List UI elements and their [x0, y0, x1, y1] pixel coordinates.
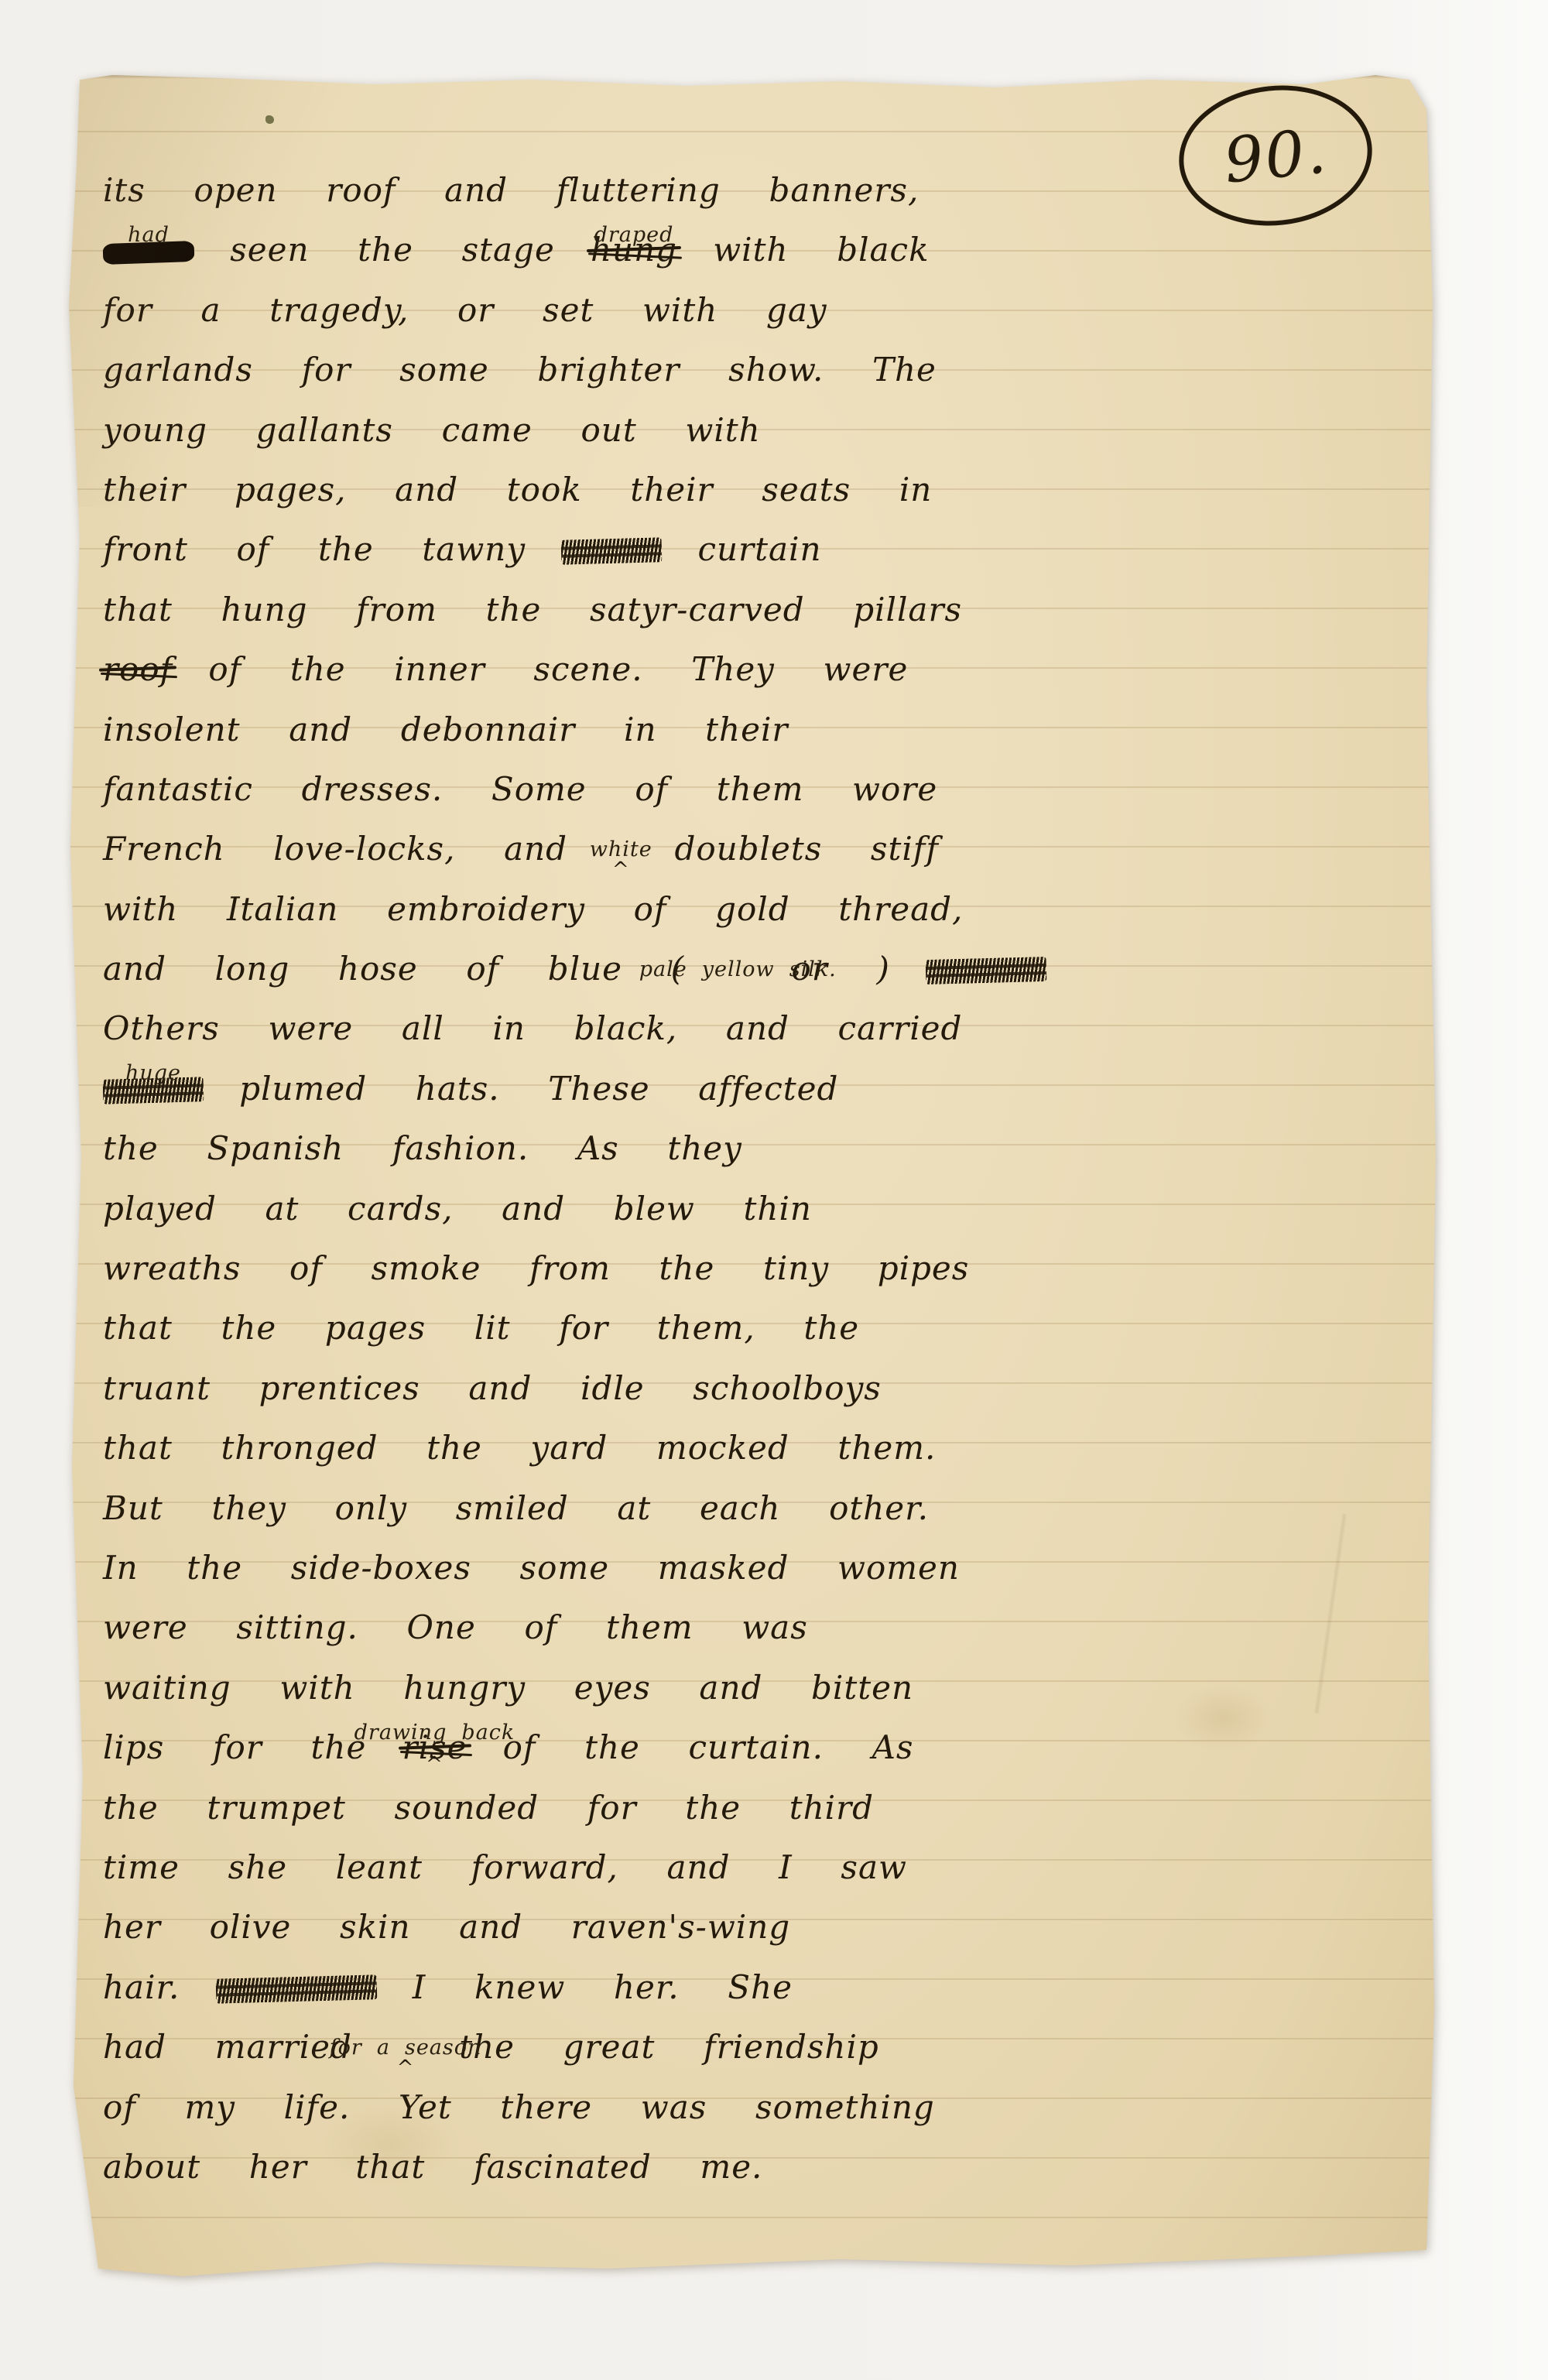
scribble-mark	[561, 538, 663, 565]
manuscript-line: played at cards, and blew thin	[103, 1179, 1420, 1238]
inserted-word: had	[128, 224, 170, 245]
text-segment: played at cards, and blew thin	[103, 1190, 812, 1228]
text-segment: wreaths of smoke from the tiny pipes	[103, 1249, 969, 1287]
text-segment: front of the tawny	[103, 530, 526, 568]
manuscript-paper: 90. its open roof and fluttering banners…	[66, 74, 1438, 2281]
struck-word-text: roof	[103, 639, 173, 699]
inserted-word: pale yellow silk.	[639, 959, 837, 980]
caret-mark: ^	[397, 2058, 415, 2078]
text-segment: plumed hats. These affected	[239, 1070, 838, 1108]
text-segment: waiting with hungry eyes and bitten	[103, 1669, 913, 1707]
text-segment: But they only smiled at each other.	[103, 1489, 929, 1527]
manuscript-line: young gallants came out with	[103, 400, 1420, 460]
text-segment: about her that fascinated me.	[103, 2148, 762, 2186]
text-segment: with Italian embroidery of gold thread,	[103, 890, 963, 928]
inserted-word: drawing back	[354, 1722, 515, 1743]
text-segment: that thronged the yard mocked them.	[103, 1429, 936, 1467]
manuscript-line: hair.I knew her. She	[103, 1957, 1420, 2017]
manuscript-line: waiting with hungry eyes and bitten	[103, 1658, 1420, 1717]
text-segment: curtain	[697, 530, 821, 568]
ink-blot	[103, 241, 195, 265]
inserted-word: draped	[594, 224, 674, 245]
text-segment: truant prentices and idle schoolboys	[103, 1369, 882, 1407]
struck-word: risedrawing back^	[402, 1717, 467, 1777]
manuscript-line: French love-locks, andwhite^doublets sti…	[103, 819, 1420, 878]
manuscript-line: time she leant forward, and I saw	[103, 1837, 1420, 1897]
manuscript-line: that thronged the yard mocked them.	[103, 1418, 1420, 1478]
text-segment: were sitting. One of them was	[103, 1608, 808, 1646]
manuscript-line: the Spanish fashion. As they	[103, 1118, 1420, 1178]
manuscript-line: truant prentices and idle schoolboys	[103, 1358, 1420, 1418]
text-segment: garlands for some brighter show. The	[103, 351, 937, 389]
text-segment: the trumpet sounded for the third	[103, 1789, 874, 1827]
manuscript-line: of my life. Yet there was something	[103, 2077, 1420, 2137]
manuscript-line: the trumpet sounded for the third	[103, 1778, 1420, 1837]
struck-word: hungdraped	[591, 220, 677, 279]
scribbled-out-word: huge	[103, 1059, 204, 1118]
manuscript-line: wreaths of smoke from the tiny pipes	[103, 1238, 1420, 1298]
text-segment: doublets stiff	[674, 830, 938, 868]
text-segment: insolent and debonnair in their	[103, 711, 788, 748]
scan-background: 90. its open roof and fluttering banners…	[0, 0, 1548, 2380]
text-segment: of the curtain. As	[503, 1728, 914, 1766]
inked-out-word: had	[103, 220, 194, 279]
text-segment: her olive skin and raven's-wing	[103, 1908, 790, 1946]
paper-sheet-wrapper: 90. its open roof and fluttering banners…	[66, 74, 1438, 2281]
manuscript-line: insolent and debonnair in their	[103, 700, 1420, 759]
text-segment: its open roof and fluttering banners,	[103, 171, 919, 209]
manuscript-line: roofof the inner scene. They were	[103, 639, 1420, 699]
scribble-mark	[926, 957, 1047, 985]
manuscript-line: her olive skin and raven's-wing	[103, 1897, 1420, 1957]
manuscript-line: lips for therisedrawing back^of the curt…	[103, 1717, 1420, 1777]
inserted-word: for a season	[330, 2037, 482, 2058]
manuscript-line: its open roof and fluttering banners,	[103, 160, 1420, 220]
text-segment: had married	[103, 2028, 352, 2066]
insertion-point: for a season^	[388, 2057, 423, 2058]
caret-mark: ^	[612, 860, 630, 880]
caret-mark: ^	[426, 1755, 444, 1775]
manuscript-line: hadseen the stagehungdrapedwith black	[103, 220, 1420, 279]
manuscript-line: that hung from the satyr-carved pillars	[103, 580, 1420, 639]
paper-stain	[265, 115, 274, 124]
text-segment: and long hose of blue (	[103, 950, 684, 988]
text-segment: hair.	[103, 1968, 180, 2006]
text-segment: that the pages lit for them, the	[103, 1309, 859, 1347]
manuscript-line: had marriedfor a season^the great friend…	[103, 2017, 1420, 2077]
manuscript-line: about her that fascinated me.	[103, 2137, 1420, 2197]
text-segment: French love-locks, and	[103, 830, 567, 868]
manuscript-line: fantastic dresses. Some of them wore	[103, 759, 1420, 819]
manuscript-line: But they only smiled at each other.	[103, 1478, 1420, 1538]
manuscript-line: with Italian embroidery of gold thread,	[103, 879, 1420, 939]
text-segment: young gallants came out with	[103, 411, 761, 449]
insertion-point: white^	[603, 859, 639, 860]
manuscript-line: In the side-boxes some masked women	[103, 1538, 1420, 1598]
scribbled-out-word	[561, 519, 662, 579]
manuscript-line: garlands for some brighter show. The	[103, 340, 1420, 399]
scribble-mark	[215, 1974, 377, 2003]
manuscript-line: hugeplumed hats. These affected	[103, 1059, 1420, 1118]
text-segment: their pages, and took their seats in	[103, 471, 932, 509]
manuscript-lines: its open roof and fluttering banners,had…	[103, 160, 1420, 2197]
manuscript-line: front of the tawnycurtain	[103, 519, 1420, 579]
text-segment: I knew her. She	[413, 1968, 793, 2006]
manuscript-line: Others were all in black, and carried	[103, 998, 1420, 1058]
manuscript-line: that the pages lit for them, the	[103, 1298, 1420, 1358]
text-segment: the Spanish fashion. As they	[103, 1129, 742, 1167]
text-segment: fantastic dresses. Some of them wore	[103, 770, 937, 808]
scribbled-out-word	[216, 1957, 377, 2017]
text-segment: with black	[713, 231, 929, 269]
manuscript-line: were sitting. One of them was	[103, 1598, 1420, 1657]
text-segment: for a tragedy, or set with gay	[103, 291, 827, 329]
insertion-point: pale yellow silk.	[720, 979, 755, 980]
text-segment: time she leant forward, and I saw	[103, 1848, 907, 1886]
inserted-word: white	[590, 839, 652, 860]
struck-word: roof	[103, 639, 173, 699]
text-segment: that hung from the satyr-carved pillars	[103, 591, 962, 628]
inserted-word: huge	[125, 1063, 181, 1084]
text-segment: of my life. Yet there was something	[103, 2088, 935, 2126]
manuscript-line: for a tragedy, or set with gay	[103, 280, 1420, 340]
text-segment: lips for the	[103, 1728, 366, 1766]
manuscript-line: their pages, and took their seats in	[103, 460, 1420, 519]
manuscript-line: and long hose of blue (pale yellow silk.…	[103, 939, 1420, 998]
text-segment: of the inner scene. They were	[208, 650, 908, 688]
text-segment: the great friendship	[459, 2028, 879, 2066]
text-segment: In the side-boxes some masked women	[103, 1549, 960, 1587]
scribbled-out-word	[926, 939, 1046, 998]
text-segment: seen the stage	[230, 231, 555, 269]
text-segment: Others were all in black, and carried	[103, 1009, 962, 1047]
